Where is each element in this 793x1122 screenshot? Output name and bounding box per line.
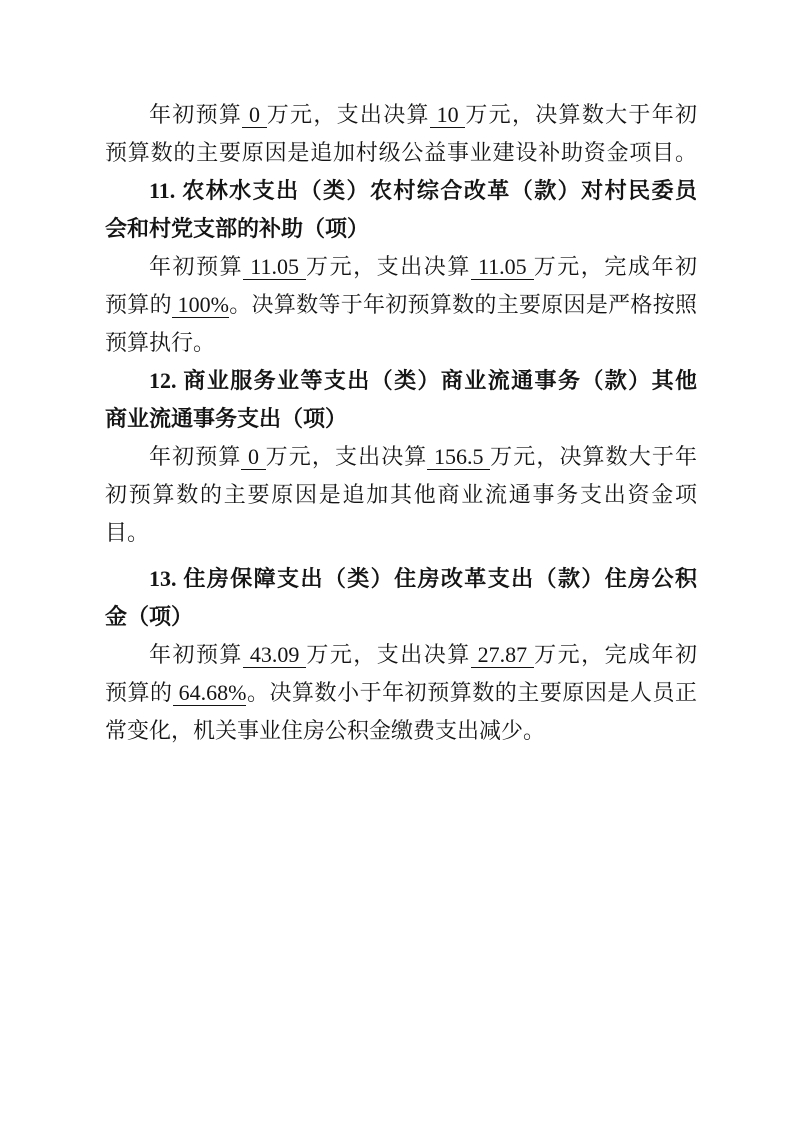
heading-item-12: 12. 商业服务业等支出（类）商业流通事务（款）其他商业流通事务支出（项） [105, 362, 697, 438]
underlined-value: 43.09 [243, 642, 306, 668]
text-run: 预算的 [105, 680, 173, 705]
heading-line: 12. 商业服务业等支出（类）商业流通事务（款）其他 [105, 362, 697, 400]
heading-line: 商业流通事务支出（项） [105, 400, 697, 438]
text-run: 目。 [105, 520, 149, 545]
underlined-value: 64.68% [173, 680, 247, 706]
underlined-value: 10 [430, 102, 466, 128]
underlined-value: 11.05 [471, 254, 534, 280]
text-run: 年初预算 [149, 642, 243, 667]
text-run: 年初预算 [149, 102, 242, 127]
text-line: 预算数的主要原因是追加村级公益事业建设补助资金项目。 [105, 134, 697, 172]
paragraph-item-11: 年初预算 11.05 万元，支出决算 11.05 万元，完成年初预算的 100%… [105, 248, 697, 362]
text-run: 万元，支出决算 [267, 102, 430, 127]
text-run: 预算数的主要原因是追加村级公益事业建设补助资金项目。 [105, 140, 697, 165]
heading-item-11: 11. 农林水支出（类）农村综合改革（款）对村民委员会和村党支部的补助（项） [105, 172, 697, 248]
text-run: 万元，决算数大于年 [490, 444, 697, 469]
text-run: 万元，支出决算 [266, 444, 428, 469]
text-run: 13. 住房保障支出（类）住房改革支出（款）住房公积 [149, 566, 697, 591]
document-page: 年初预算 0 万元，支出决算 10 万元，决算数大于年初预算数的主要原因是追加村… [0, 0, 793, 1122]
heading-line: 金（项） [105, 598, 697, 636]
text-line: 预算执行。 [105, 324, 697, 362]
underlined-value: 0 [242, 102, 267, 128]
text-line: 预算的 100%。决算数等于年初预算数的主要原因是严格按照 [105, 286, 697, 324]
underlined-value: 27.87 [471, 642, 534, 668]
text-line: 年初预算 11.05 万元，支出决算 11.05 万元，完成年初 [105, 248, 697, 286]
text-run: 万元，支出决算 [306, 254, 471, 279]
text-run: 预算执行。 [105, 330, 215, 355]
text-run: 11. 农林水支出（类）农村综合改革（款）对村民委员 [149, 178, 697, 203]
underlined-value: 0 [241, 444, 265, 470]
document-body: 年初预算 0 万元，支出决算 10 万元，决算数大于年初预算数的主要原因是追加村… [105, 96, 697, 750]
text-line: 年初预算 43.09 万元，支出决算 27.87 万元，完成年初 [105, 636, 697, 674]
paragraph-item-10: 年初预算 0 万元，支出决算 10 万元，决算数大于年初预算数的主要原因是追加村… [105, 96, 697, 172]
paragraph-item-12: 年初预算 0 万元，支出决算 156.5 万元，决算数大于年初预算数的主要原因是… [105, 438, 697, 552]
text-run: 12. 商业服务业等支出（类）商业流通事务（款）其他 [149, 368, 697, 393]
text-line: 预算的 64.68%。决算数小于年初预算数的主要原因是人员正 [105, 674, 697, 712]
text-line: 年初预算 0 万元，支出决算 156.5 万元，决算数大于年 [105, 438, 697, 476]
text-run: 万元，完成年初 [534, 642, 697, 667]
text-line: 初预算数的主要原因是追加其他商业流通事务支出资金项 [105, 476, 697, 514]
text-run: 。决算数等于年初预算数的主要原因是严格按照 [229, 292, 697, 317]
underlined-value: 156.5 [427, 444, 490, 470]
text-run: 金（项） [105, 604, 193, 629]
text-line: 目。 [105, 514, 697, 552]
heading-line: 13. 住房保障支出（类）住房改革支出（款）住房公积 [105, 560, 697, 598]
heading-item-13: 13. 住房保障支出（类）住房改革支出（款）住房公积金（项） [105, 560, 697, 636]
text-run: 初预算数的主要原因是追加其他商业流通事务支出资金项 [105, 482, 697, 507]
text-run: 万元，支出决算 [306, 642, 470, 667]
underlined-value: 100% [172, 292, 229, 318]
text-line: 年初预算 0 万元，支出决算 10 万元，决算数大于年初 [105, 96, 697, 134]
text-run: 万元，决算数大于年初 [465, 102, 697, 127]
text-run: 常变化，机关事业住房公积金缴费支出减少。 [105, 718, 545, 743]
heading-line: 11. 农林水支出（类）农村综合改革（款）对村民委员 [105, 172, 697, 210]
text-run: 年初预算 [149, 444, 241, 469]
text-run: 预算的 [105, 292, 172, 317]
text-run: 会和村党支部的补助（项） [105, 216, 369, 241]
text-run: 年初预算 [149, 254, 243, 279]
text-run: 万元，完成年初 [534, 254, 697, 279]
text-run: 。决算数小于年初预算数的主要原因是人员正 [246, 680, 697, 705]
heading-line: 会和村党支部的补助（项） [105, 210, 697, 248]
text-run: 商业流通事务支出（项） [105, 406, 347, 431]
paragraph-item-13: 年初预算 43.09 万元，支出决算 27.87 万元，完成年初预算的 64.6… [105, 636, 697, 750]
text-line: 常变化，机关事业住房公积金缴费支出减少。 [105, 712, 697, 750]
underlined-value: 11.05 [243, 254, 306, 280]
